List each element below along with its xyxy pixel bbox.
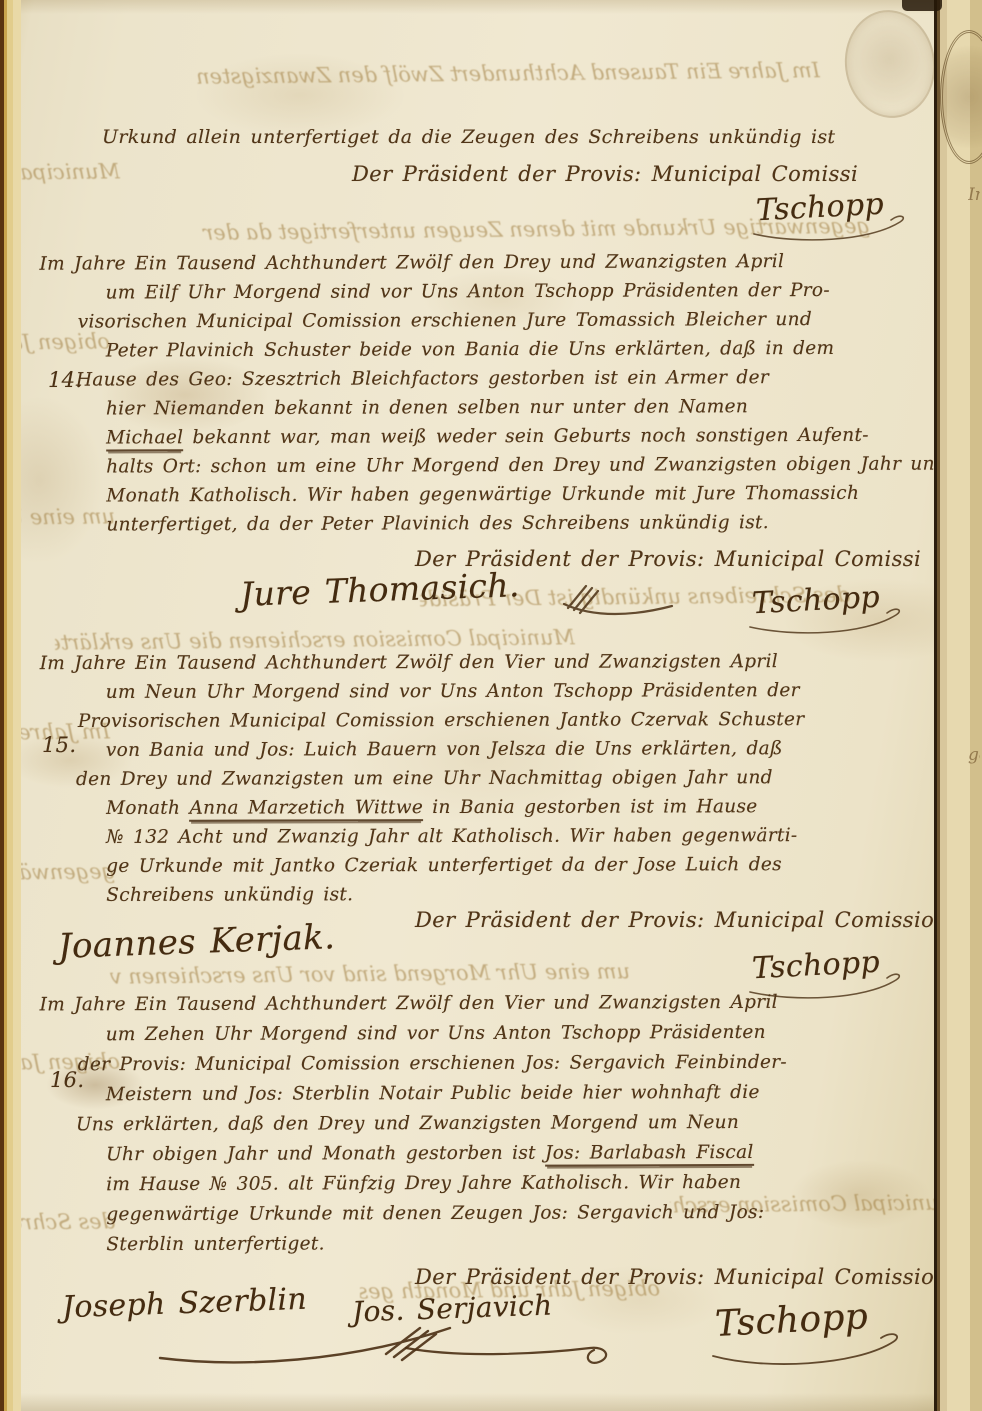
- oval-revenue-stamp-icon: [940, 30, 982, 164]
- manuscript-line: Monath Katholisch. Wir haben gegenwärtig…: [106, 483, 947, 515]
- manuscript-text: Monath: [106, 798, 189, 819]
- manuscript-line: den Drey und Zwanzigsten um eine Uhr Nac…: [76, 767, 805, 798]
- entry15-text: Im Jahre Ein Tausend Achthundert Zwölf d…: [106, 651, 805, 914]
- signature-flourish: [748, 214, 918, 248]
- manuscript-line: der Provis: Municipal Comission erschien…: [78, 1052, 787, 1084]
- manuscript-line: von Bania und Jos: Luich Bauern von Jels…: [106, 738, 805, 769]
- underlined-name: Jos: Barlabash Fiscal: [545, 1142, 754, 1167]
- manuscript-line: um Neun Uhr Morgend sind vor Uns Anton T…: [106, 680, 805, 711]
- manuscript-line: visorischen Municipal Comission erschien…: [78, 309, 947, 341]
- manuscript-line: Im Jahre Ein Tausend Achthundert Zwölf d…: [39, 251, 946, 283]
- manuscript-line: Sterblin unterfertiget.: [106, 1232, 787, 1264]
- manuscript-line: Im Jahre Ein Tausend Achthundert Zwölf d…: [40, 992, 787, 1025]
- entry13-closing-line: Urkund allein unterfertiget da die Zeuge…: [168, 126, 835, 155]
- manuscript-text: Im Jahre Ein Tausend Achthundert Zwölf d…: [39, 251, 784, 275]
- manuscript-line: halts Ort: schon um eine Uhr Morgend den…: [106, 454, 947, 486]
- manuscript-text: Im Jahre Ein Tausend Achthundert Zwölf d…: [40, 651, 778, 674]
- page-corner-shadow: [902, 0, 942, 11]
- manuscript-text: um Zehen Uhr Morgend sind vor Uns Anton …: [106, 1022, 766, 1045]
- manuscript-text: hier Niemanden bekannt in denen selben n…: [106, 396, 748, 419]
- manuscript-text: Monath Katholisch. Wir haben gegenwärtig…: [106, 483, 859, 507]
- manuscript-text: Uhr obigen Jahr und Monath gestorben ist: [106, 1143, 545, 1166]
- manuscript-line: Uns erklärten, daß den Drey und Zwanzigs…: [76, 1112, 787, 1144]
- manuscript-line: Provisorischen Municipal Comission ersch…: [78, 709, 805, 740]
- witness-signature: Jos. Serjavich: [351, 1289, 552, 1329]
- manuscript-text: Hause des Geo: Szesztrich Bleichfactors …: [76, 367, 769, 390]
- manuscript-line: Monath Anna Marzetich Wittwe in Bania ge…: [106, 796, 805, 827]
- manuscript-page: Im Jahre Ein Tausend Achthundert Zwölf d…: [0, 0, 982, 1411]
- attestation-line: Der Präsident der Provis: Municipal Comi…: [415, 908, 948, 932]
- manuscript-text: im Hause № 305. alt Fünfzig Drey Jahre K…: [106, 1172, 741, 1195]
- manuscript-line: hier Niemanden bekannt in denen selben n…: [106, 396, 947, 428]
- manuscript-text: Urkund allein unterfertiget da die Zeuge…: [102, 126, 835, 148]
- manuscript-line: Peter Plavinich Schuster beide von Bania…: [106, 338, 947, 370]
- signature-flourish: [744, 607, 914, 641]
- manuscript-line: № 132 Acht und Zwanzig Jahr alt Katholis…: [106, 825, 805, 856]
- manuscript-text: der Provis: Municipal Comission erschien…: [78, 1052, 787, 1075]
- manuscript-text: Provisorischen Municipal Comission ersch…: [78, 709, 805, 732]
- manuscript-line: Im Jahre Ein Tausend Achthundert Zwölf d…: [40, 651, 805, 682]
- manuscript-text: visorischen Municipal Comission erschien…: [78, 309, 812, 333]
- handmark-flourish: [560, 578, 680, 618]
- entry16-text: Im Jahre Ein Tausend Achthundert Zwölf d…: [106, 992, 788, 1264]
- manuscript-text: um Eilf Uhr Morgend sind vor Uns Anton T…: [106, 280, 830, 304]
- manuscript-line: gegenwärtige Urkunde mit denen Zeugen Jo…: [106, 1202, 787, 1234]
- manuscript-text: Sterblin unterfertiget.: [106, 1233, 325, 1255]
- manuscript-text: Schreibens unkündig ist.: [106, 884, 353, 906]
- next-page-script-fragment: Im Jahre Ein Tausend Achthundert Zwölf d…: [968, 180, 980, 600]
- manuscript-text: bekannt war, man weiß weder sein Geburts…: [183, 425, 869, 448]
- manuscript-text: № 132 Acht und Zwanzig Jahr alt Katholis…: [106, 825, 797, 848]
- manuscript-line: um Zehen Uhr Morgend sind vor Uns Anton …: [106, 1022, 787, 1054]
- manuscript-line: unterfertiget, da der Peter Plavinich de…: [106, 512, 947, 544]
- next-page-edge: Im Jahre Ein Tausend Achthundert Zwölf d…: [934, 0, 982, 1411]
- manuscript-line: Uhr obigen Jahr und Monath gestorben ist…: [106, 1142, 787, 1174]
- manuscript-line: Meistern und Jos: Sterblin Notair Public…: [106, 1082, 787, 1114]
- underlined-name: Anna Marzetich Wittwe: [189, 797, 423, 822]
- manuscript-line: Urkund allein unterfertiget da die Zeuge…: [102, 126, 835, 155]
- manuscript-line: ge Urkunde mit Jantko Czeriak unterferti…: [106, 854, 805, 885]
- manuscript-text: Meistern und Jos: Sterblin Notair Public…: [106, 1082, 760, 1105]
- signature-flourish: [705, 1332, 915, 1372]
- attestation-line: Der Präsident der Provis: Municipal Comi…: [352, 162, 858, 186]
- entry14-text: Im Jahre Ein Tausend Achthundert Zwölf d…: [105, 251, 947, 544]
- manuscript-text: unterfertiget, da der Peter Plavinich de…: [106, 512, 769, 535]
- book-binding-edge: [0, 0, 30, 1411]
- manuscript-line: um Eilf Uhr Morgend sind vor Uns Anton T…: [106, 280, 947, 312]
- manuscript-text: in Bania gestorben ist im Hause: [423, 796, 757, 818]
- manuscript-text: gegenwärtige Urkunde mit denen Zeugen Jo…: [106, 1202, 764, 1225]
- manuscript-text: Uns erklärten, daß den Drey und Zwanzigs…: [76, 1112, 739, 1135]
- manuscript-line: im Hause № 305. alt Fünfzig Drey Jahre K…: [106, 1172, 787, 1204]
- manuscript-line: Hause des Geo: Szesztrich Bleichfactors …: [76, 367, 947, 399]
- underlined-name: Michael: [106, 427, 183, 451]
- manuscript-text: Peter Plavinich Schuster beide von Bania…: [106, 338, 835, 362]
- manuscript-text: von Bania und Jos: Luich Bauern von Jels…: [106, 738, 783, 761]
- manuscript-line: Michael bekannt war, man weiß weder sein…: [106, 425, 947, 457]
- manuscript-text: den Drey und Zwanzigsten um eine Uhr Nac…: [76, 767, 773, 790]
- manuscript-text: um Neun Uhr Morgend sind vor Uns Anton T…: [106, 680, 800, 703]
- attestation-line: Der Präsident der Provis: Municipal Comi…: [415, 1265, 948, 1289]
- manuscript-text: ge Urkunde mit Jantko Czeriak unterferti…: [106, 854, 782, 877]
- paraph-flourish: [400, 1330, 630, 1370]
- next-page-script-fragment: gegenwärtige Urkunde mit denen Zeugen un…: [968, 740, 980, 1300]
- manuscript-text: halts Ort: schon um eine Uhr Morgend den…: [106, 454, 947, 478]
- margin-number-15: 15.: [42, 733, 76, 757]
- manuscript-text: Im Jahre Ein Tausend Achthundert Zwölf d…: [40, 992, 778, 1016]
